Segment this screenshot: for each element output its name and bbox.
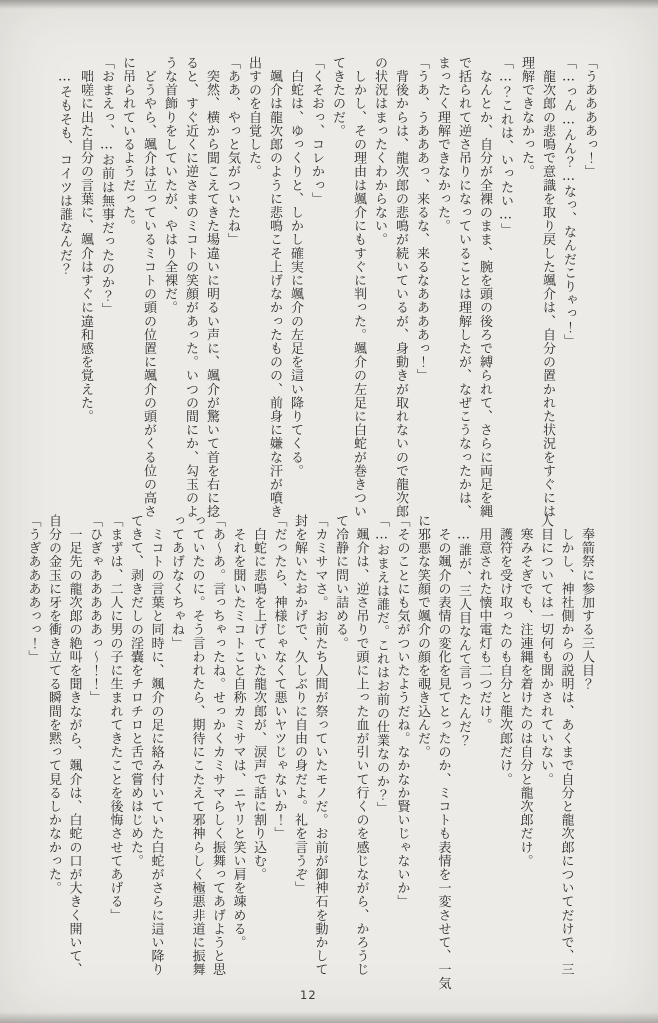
text-line: 「くそおっ、コレかっ」: [306, 56, 327, 506]
text-line: 護符を受け取ったのも自分と龍次郎だけ。: [494, 514, 515, 988]
text-line: 「ひぎゃあああああっ〜！！」: [84, 514, 105, 988]
text-line: どうやら、颯介は立っているミコトの頭の位置に颯介の頭がくる位の高さ: [138, 56, 159, 506]
text-block-bottom: 奉箭祭に参加する三人目？ しかし、神社側からの説明は、あくまで自分と龍次郎につい…: [22, 514, 596, 988]
text-line: 「うあ、うあああっ、来るな、来るなああああっ！」: [411, 56, 432, 506]
text-block-top: 「うああああっ！」「…っん…んん？…なっ、なんだこりゃっ！」 龍次郎の悲鳴で意識…: [54, 56, 600, 506]
text-line: ミコトの言葉と同時に、颯介の足に絡み付いていた白蛇がさらに這い降り: [145, 514, 166, 988]
text-line: ると、すぐ近くに逆さまのミコトの笑顔があった。いつの間にか、勾玉のよ: [180, 56, 201, 506]
text-line: 颯介は龍次郎のように悲鳴こそ上げなかったものの、前身に嫌な汗が噴き: [264, 56, 285, 506]
text-line: それを聞いたミコトこと自称カミサマは、ニヤリと笑い肩を竦める。: [227, 514, 248, 988]
text-line: 「うぎああああっっ！」: [22, 514, 43, 988]
text-line: 咄嗟に出た自分の言葉に、颯介はすぐに違和感を覚えた。: [75, 56, 96, 506]
text-line: 自分の金玉に牙を衝き立てる瞬間を黙って見るしかなかった。: [43, 514, 64, 988]
text-line: 突然、横から聞こえてきた場違いに明るい声に、颯介が驚いて首を右に捻: [201, 56, 222, 506]
text-line: 「カミサマさ。お前たち人間が祭っていたモノだ。お前が御神石を動かして: [309, 514, 330, 988]
text-line: っていたのに。そう言われたら、期待にこたえて邪神らしく極悪非道に振舞: [186, 514, 207, 988]
text-line: 背後からは、龍次郎の悲鳴が続いているが、身動きが取れないので龍次郎: [390, 56, 411, 506]
text-line: 用意された懐中電灯も二つだけ。: [473, 514, 494, 988]
text-line: 出すのを自覚した。: [243, 56, 264, 506]
text-line: なんとか、自分が全裸のまま、腕を頭の後ろで縛られて、さらに両足を縄: [474, 56, 495, 506]
scanned-page: 「うああああっ！」「…っん…んん？…なっ、なんだこりゃっ！」 龍次郎の悲鳴で意識…: [0, 0, 658, 1023]
text-line: の状況はまったくわからない。: [369, 56, 390, 506]
text-line: てきて、剥きだしの淫嚢をチロチロと舌で嘗めはじめた。: [125, 514, 146, 988]
text-line: 「うああああっ！」: [579, 56, 600, 506]
text-line: に吊られているようだった。: [117, 56, 138, 506]
text-line: 奉箭祭に参加する三人目？: [576, 514, 597, 988]
text-line: …誰が、三人目なんて言ったんだ？: [453, 514, 474, 988]
text-line: 「そのことにも気がついたようだね。なかなか賢いじゃないか」: [391, 514, 412, 988]
text-line: その颯介の表情の変化を見てとったのか、ミコトも表情を一変させて、一気: [432, 514, 453, 988]
text-line: 白蛇に悲鳴を上げていた龍次郎が、涙声で話に割り込む。: [248, 514, 269, 988]
text-line: 理解できなかった。: [516, 56, 537, 506]
text-line: ってあげなくちゃね」: [166, 514, 187, 988]
text-line: 寒みそぎでも、注連縄を着けたのは自分と龍次郎だけ。: [514, 514, 535, 988]
text-line: うな首飾りをしていたが、やはり全裸だ。: [159, 56, 180, 506]
text-line: 白蛇は、ゆっくりと、しかし確実に颯介の左足を這い降りてくる。: [285, 56, 306, 506]
text-line: て冷静に問い詰める。: [330, 514, 351, 988]
text-line: 「おまえっ、…お前は無事だったのか？」: [96, 56, 117, 506]
text-line: 一足先の龍次郎の絶叫を聞きながら、颯介は、白蛇の口が大きく開いて、: [63, 514, 84, 988]
text-line: 「まずは、二人に男の子に生まれてきたことを後悔させてあげる」: [104, 514, 125, 988]
text-line: しかし、その理由は颯介にもすぐに判った。颯介の左足に白蛇が巻きつい: [348, 56, 369, 506]
text-line: てきたのだ。: [327, 56, 348, 506]
text-line: 颯介は、逆さ吊りで頭に上った血が引いて行くのを感じながら、かろうじ: [350, 514, 371, 988]
text-line: まったく理解できなかった。: [432, 56, 453, 506]
text-line: 「あ〜あ。言っちゃったね。せっかくカミサマらしく振舞ってあげようと思: [207, 514, 228, 988]
text-line: 人目については一切何も聞かされていない。: [535, 514, 556, 988]
text-line: …そもそも、コイツは誰なんだ？: [54, 56, 75, 506]
text-line: で括られて逆さ吊りになっていることは理解したが、なぜこうなったかは、: [453, 56, 474, 506]
text-line: しかし、神社側からの説明は、あくまで自分と龍次郎についてだけで、三: [555, 514, 576, 988]
text-line: 「ああ、やっと気がついたね」: [222, 56, 243, 506]
text-line: 「…おまえは誰だ。これはお前の仕業なのか？」: [371, 514, 392, 988]
text-line: 封を解いたおかげで、久しぶりに自由の身だよ。礼を言うぞ」: [289, 514, 310, 988]
text-line: 龍次郎の悲鳴で意識を取り戻した颯介は、自分の置かれた状況をすぐには: [537, 56, 558, 506]
text-line: 「だったら、神様じゃなくて悪いヤツじゃないか！」: [268, 514, 289, 988]
text-line: 「…っん…んん？…なっ、なんだこりゃっ！」: [558, 56, 579, 506]
text-line: 「…？これは、いったい…」: [495, 56, 516, 506]
page-number: 12: [300, 988, 317, 1002]
text-line: に邪悪な笑顔で颯介の顔を覗き込んだ。: [412, 514, 433, 988]
